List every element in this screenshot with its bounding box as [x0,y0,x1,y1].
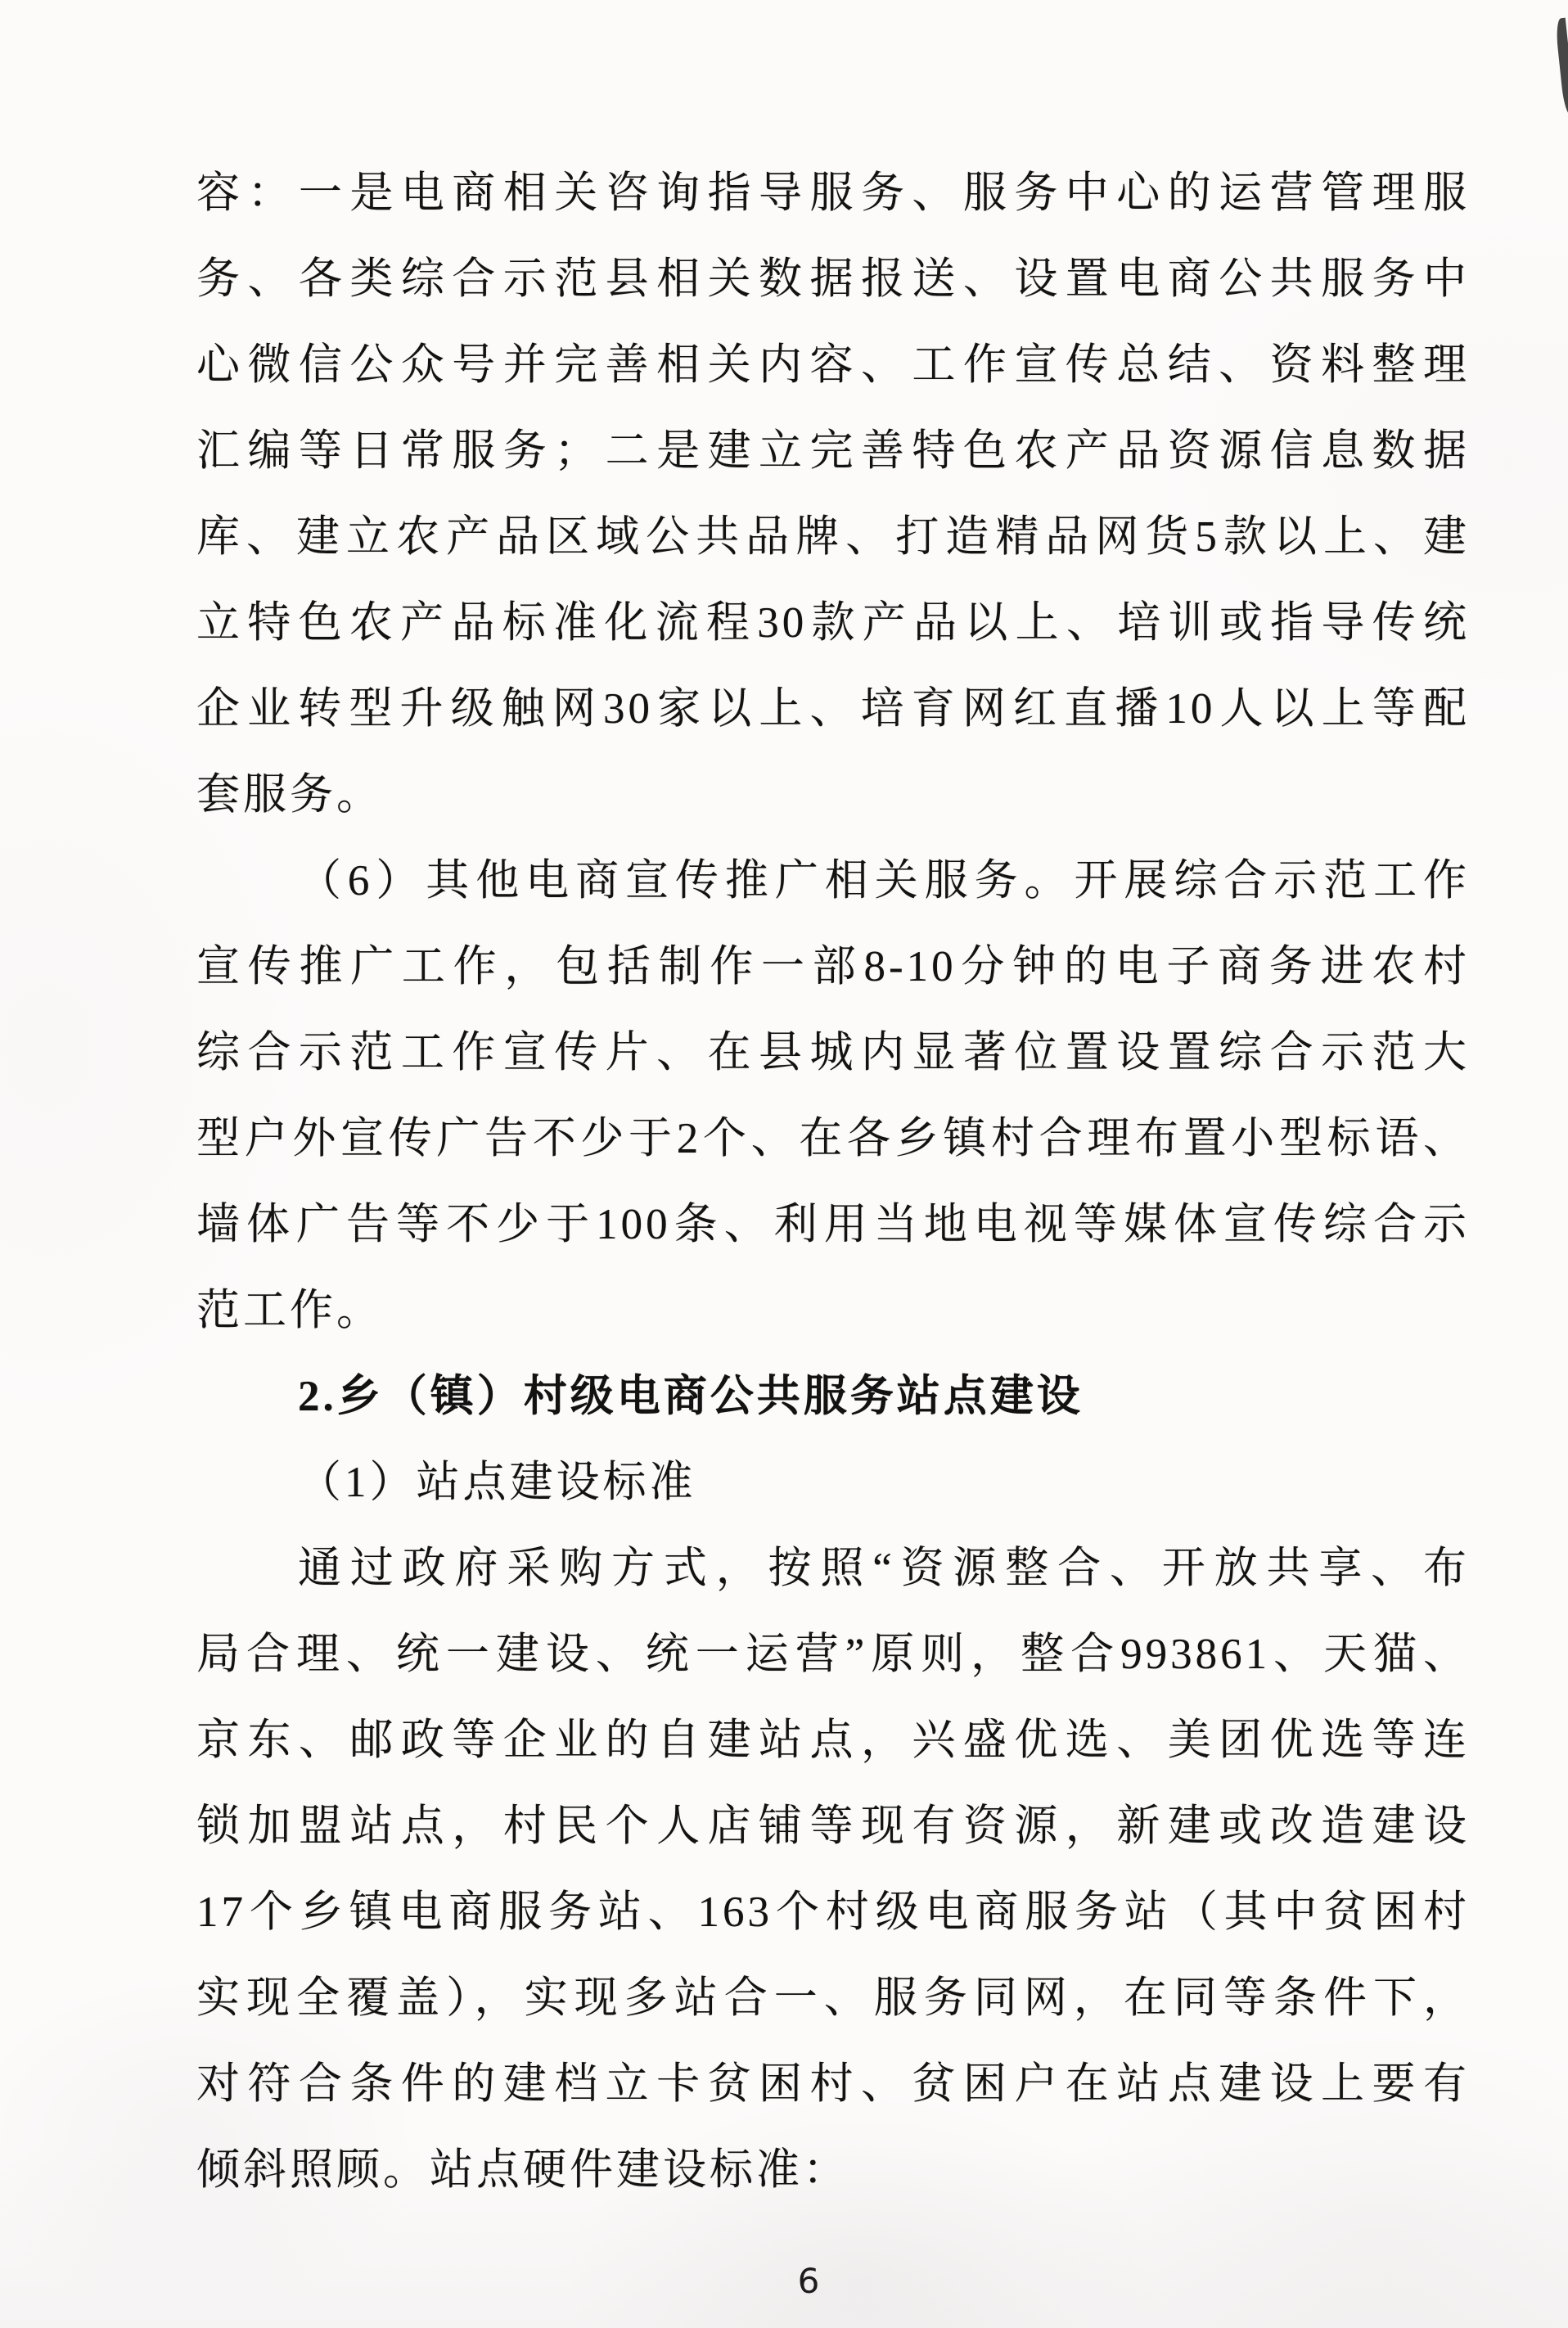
subsection-heading: （1）站点建设标准 [196,1440,1470,1526]
text-line: 局合理、统一建设、统一运营”原则，整合993861、天猫、 [196,1612,1470,1698]
paragraph-end-line: 范工作。 [196,1268,1470,1354]
text-line: 心微信公众号并完善相关内容、工作宣传总结、资料整理 [196,323,1470,408]
text-line: 17个乡镇电商服务站、163个村级电商服务站（其中贫困村 [196,1870,1470,1956]
text-line: 立特色农产品标准化流程30款产品以上、培训或指导传统 [196,580,1470,666]
text-line: 务、各类综合示范县相关数据报送、设置电商公共服务中 [196,237,1470,323]
text-line: 型户外宣传广告不少于2个、在各乡镇村合理布置小型标语、 [196,1096,1470,1182]
text-line: 墙体广告等不少于100条、利用当地电视等媒体宣传综合示 [196,1182,1470,1268]
scanned-document-page: 容：一是电商相关咨询指导服务、服务中心的运营管理服 务、各类综合示范县相关数据报… [0,0,1568,2328]
paragraph-end-line: 倾斜照顾。站点硬件建设标准： [196,2127,1470,2213]
text-line: 容：一是电商相关咨询指导服务、服务中心的运营管理服 [196,151,1470,237]
text-line: 宣传推广工作，包括制作一部8-10分钟的电子商务进农村 [196,924,1470,1010]
text-line: 库、建立农产品区域公共品牌、打造精品网货5款以上、建 [196,494,1470,580]
text-line: 锁加盟站点，村民个人店铺等现有资源，新建或改造建设 [196,1784,1470,1870]
text-line: 汇编等日常服务；二是建立完善特色农产品资源信息数据 [196,408,1470,494]
paragraph-first-line: （6）其他电商宣传推广相关服务。开展综合示范工作 [196,838,1470,924]
text-line: 对符合条件的建档立卡贫困村、贫困户在站点建设上要有 [196,2042,1470,2127]
section-heading: 2.乡（镇）村级电商公共服务站点建设 [196,1354,1470,1440]
document-body: 容：一是电商相关咨询指导服务、服务中心的运营管理服 务、各类综合示范县相关数据报… [196,151,1470,2213]
paragraph-first-line: 通过政府采购方式，按照“资源整合、开放共享、布 [196,1526,1470,1612]
text-line: 实现全覆盖），实现多站合一、服务同网，在同等条件下， [196,1956,1470,2042]
page-number: 6 [25,2261,1568,2301]
text-line: 企业转型升级触网30家以上、培育网红直播10人以上等配 [196,666,1470,752]
scan-edge-artifact [1555,18,1568,117]
paragraph-end-line: 套服务。 [196,752,1470,838]
text-line: 综合示范工作宣传片、在县城内显著位置设置综合示范大 [196,1010,1470,1096]
text-line: 京东、邮政等企业的自建站点，兴盛优选、美团优选等连 [196,1698,1470,1784]
